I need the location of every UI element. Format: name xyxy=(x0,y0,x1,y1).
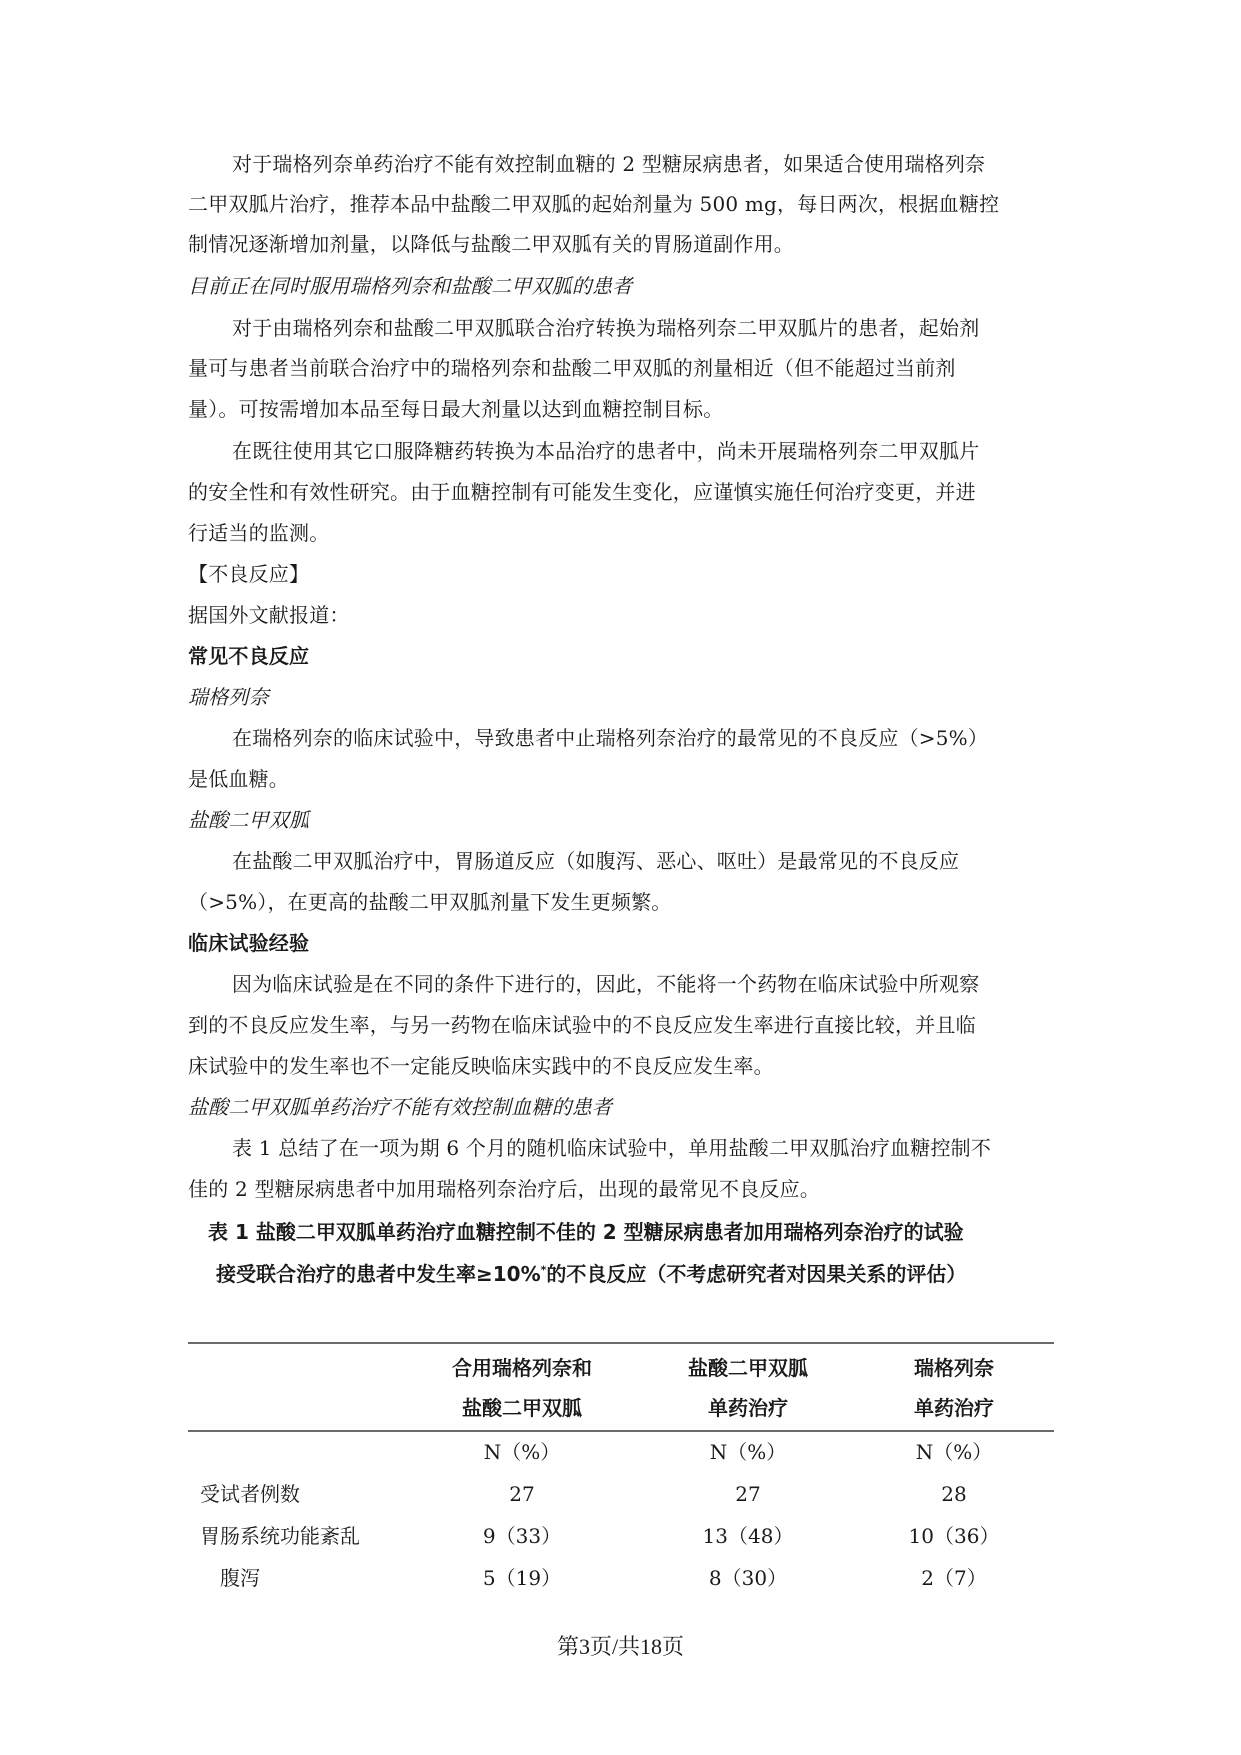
table-caption-line1: 表 1 盐酸二甲双胍单药治疗血糖控制不佳的 2 型糖尿病患者加用瑞格列奈治疗的试… xyxy=(208,1218,964,1246)
table-cell: 27 xyxy=(648,1480,848,1508)
column-header-repaglinide-mono: 单药治疗 xyxy=(854,1394,1054,1422)
subheading-current-combination: 目前正在同时服用瑞格列奈和盐酸二甲双胍的患者 xyxy=(188,272,632,300)
column-header-metformin-mono: 盐酸二甲双胍 xyxy=(648,1354,848,1382)
table-cell: 9（33） xyxy=(422,1522,622,1550)
heading-common-adverse-reactions: 常见不良反应 xyxy=(188,642,309,670)
table-cell: 8（30） xyxy=(648,1564,848,1592)
table-caption-line2: 接受联合治疗的患者中发生率≥10%*的不良反应（不考虑研究者对因果关系的评估） xyxy=(216,1260,966,1288)
column-unit: N（%） xyxy=(854,1438,1054,1466)
column-header-repaglinide-mono: 瑞格列奈 xyxy=(854,1354,1054,1382)
subheading-metformin: 盐酸二甲双胍 xyxy=(188,806,309,834)
paragraph-line: 因为临床试验是在不同的条件下进行的，因此，不能将一个药物在临床试验中所观察 xyxy=(232,970,979,998)
column-unit: N（%） xyxy=(422,1438,622,1466)
table-cell: 2（7） xyxy=(854,1564,1054,1592)
row-label: 胃肠系统功能紊乱 xyxy=(200,1522,360,1550)
paragraph-line: 的安全性和有效性研究。由于血糖控制有可能发生变化，应谨慎实施任何治疗变更，并进 xyxy=(188,478,976,506)
subheading-metformin-monotherapy-failure: 盐酸二甲双胍单药治疗不能有效控制血糖的患者 xyxy=(188,1093,612,1121)
column-unit: N（%） xyxy=(648,1438,848,1466)
paragraph-line: 制情况逐渐增加剂量，以降低与盐酸二甲双胍有关的胃肠道副作用。 xyxy=(188,230,794,258)
paragraph-line: 在既往使用其它口服降糖药转换为本品治疗的患者中，尚未开展瑞格列奈二甲双胍片 xyxy=(232,437,979,465)
paragraph-line: 在瑞格列奈的临床试验中，导致患者中止瑞格列奈治疗的最常见的不良反应（>5%） xyxy=(232,724,988,752)
paragraph-line: 床试验中的发生率也不一定能反映临床实践中的不良反应发生率。 xyxy=(188,1052,774,1080)
paragraph-line: 行适当的监测。 xyxy=(188,519,329,547)
page-indicator: 第3页/共18页 xyxy=(0,1632,1241,1662)
paragraph-line: 佳的 2 型糖尿病患者中加用瑞格列奈治疗后，出现的最常见不良反应。 xyxy=(188,1175,820,1203)
paragraph-line: 量）。可按需增加本品至每日最大剂量以达到血糖控制目标。 xyxy=(188,395,723,423)
column-header-metformin-mono: 单药治疗 xyxy=(648,1394,848,1422)
paragraph-line: 表 1 总结了在一项为期 6 个月的随机临床试验中，单用盐酸二甲双胍治疗血糖控制… xyxy=(232,1134,991,1162)
paragraph-line: 对于由瑞格列奈和盐酸二甲双胍联合治疗转换为瑞格列奈二甲双胍片的患者，起始剂 xyxy=(232,314,979,342)
column-header-combination: 盐酸二甲双胍 xyxy=(422,1394,622,1422)
heading-clinical-trial-experience: 临床试验经验 xyxy=(188,929,309,957)
subheading-repaglinide: 瑞格列奈 xyxy=(188,683,269,711)
table-cell: 5（19） xyxy=(422,1564,622,1592)
paragraph-line: 二甲双胍片治疗，推荐本品中盐酸二甲双胍的起始剂量为 500 mg，每日两次，根据… xyxy=(188,190,999,218)
row-label: 腹泻 xyxy=(220,1564,260,1592)
paragraph-line: 在盐酸二甲双胍治疗中，胃肠道反应（如腹泻、恶心、呕吐）是最常见的不良反应 xyxy=(232,847,959,875)
paragraph-line: （>5%），在更高的盐酸二甲双胍剂量下发生更频繁。 xyxy=(188,888,672,916)
paragraph-line: 对于瑞格列奈单药治疗不能有效控制血糖的 2 型糖尿病患者，如果适合使用瑞格列奈 xyxy=(232,150,985,178)
table-cell: 27 xyxy=(422,1480,622,1508)
paragraph-line: 到的不良反应发生率，与另一药物在临床试验中的不良反应发生率进行直接比较，并且临 xyxy=(188,1011,976,1039)
table-cell: 13（48） xyxy=(648,1522,848,1550)
paragraph-line: 是低血糖。 xyxy=(188,765,289,793)
caption-text: 接受联合治疗的患者中发生率≥10% xyxy=(216,1262,541,1286)
section-title-adverse-reactions: 【不良反应】 xyxy=(188,560,309,588)
column-header-combination: 合用瑞格列奈和 xyxy=(422,1354,622,1382)
table-header-rule xyxy=(188,1430,1054,1432)
paragraph-line: 量可与患者当前联合治疗中的瑞格列奈和盐酸二甲双胍的剂量相近（但不能超过当前剂 xyxy=(188,354,956,382)
source-note: 据国外文献报道： xyxy=(188,601,350,629)
table-cell: 10（36） xyxy=(854,1522,1054,1550)
table-cell: 28 xyxy=(854,1480,1054,1508)
table-top-rule xyxy=(188,1342,1054,1344)
row-label: 受试者例数 xyxy=(200,1480,300,1508)
caption-text: 的不良反应（不考虑研究者对因果关系的评估） xyxy=(546,1262,966,1286)
